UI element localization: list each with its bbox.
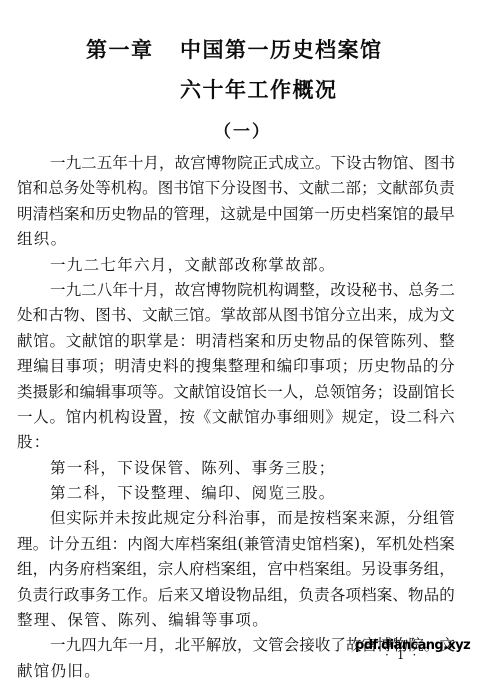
- document-page: 第一章 中国第一历史档案馆 六十年工作概况 （一） 一九二五年十月，故宫博物院正…: [0, 0, 485, 683]
- text-line: 整理、保管、陈列、编辑等事项。: [17, 608, 455, 633]
- chapter-title-line-2: 六十年工作概况: [180, 78, 338, 102]
- text-line: 股：: [17, 430, 455, 455]
- text-line: 明清档案和历史物品的管理，这就是中国第一历史档案馆的最早: [17, 202, 455, 227]
- text-line: 献馆仍旧。: [17, 659, 455, 683]
- text-line: 负责行政事务工作。后来又增设物品组，负责各项档案、物品的: [17, 583, 455, 608]
- text-line: 一人。馆内机构设置，按《文献馆办事细则》规定，设二科六: [17, 405, 455, 430]
- body-text: 一九二五年十月，故宫博物院正式成立。下设古物馆、图书馆和总务处等机构。图书馆下分…: [17, 151, 455, 683]
- text-line: 第二科，下设整理、编印、阅览三股。: [17, 481, 455, 506]
- text-line: 理。计分五组：内阁大库档案组(兼管清史馆档案)，军机处档案: [17, 532, 455, 557]
- text-line: 理编目事项；明清史料的搜集整理和编印事项；历史物品的分: [17, 354, 455, 379]
- text-line: 一九二八年十月，故宫博物院机构调整，改设秘书、总务二: [17, 278, 455, 303]
- chapter-label: 第一章: [86, 38, 154, 62]
- text-line: 一九二七年六月，文献部改称掌故部。: [17, 253, 455, 278]
- text-line: 类摄影和编辑事项等。文献馆设馆长一人，总领馆务；设副馆长: [17, 380, 455, 405]
- text-line: 一九二五年十月，故宫博物院正式成立。下设古物馆、图书: [17, 151, 455, 176]
- text-line: 组，内务府档案组，宗人府档案组，宫中档案组。另设事务组，: [17, 557, 455, 582]
- section-number: （一）: [214, 121, 271, 143]
- text-line: 第一科，下设保管、陈列、事务三股；: [17, 456, 455, 481]
- text-line: 组织。: [17, 227, 455, 252]
- text-line: 献馆。文献馆的职掌是：明清档案和历史物品的保管陈列、整: [17, 329, 455, 354]
- watermark: pdf.diancang.xyz: [355, 638, 470, 653]
- chapter-title-line-1: 中国第一历史档案馆: [180, 38, 383, 62]
- text-line: 馆和总务处等机构。图书馆下分设图书、文献二部；文献部负责: [17, 176, 455, 201]
- text-line: 处和古物、图书、文献三馆。掌故部从图书馆分立出来，成为文: [17, 303, 455, 328]
- text-line: 但实际并未按此规定分科治事，而是按档案来源，分组管: [17, 506, 455, 531]
